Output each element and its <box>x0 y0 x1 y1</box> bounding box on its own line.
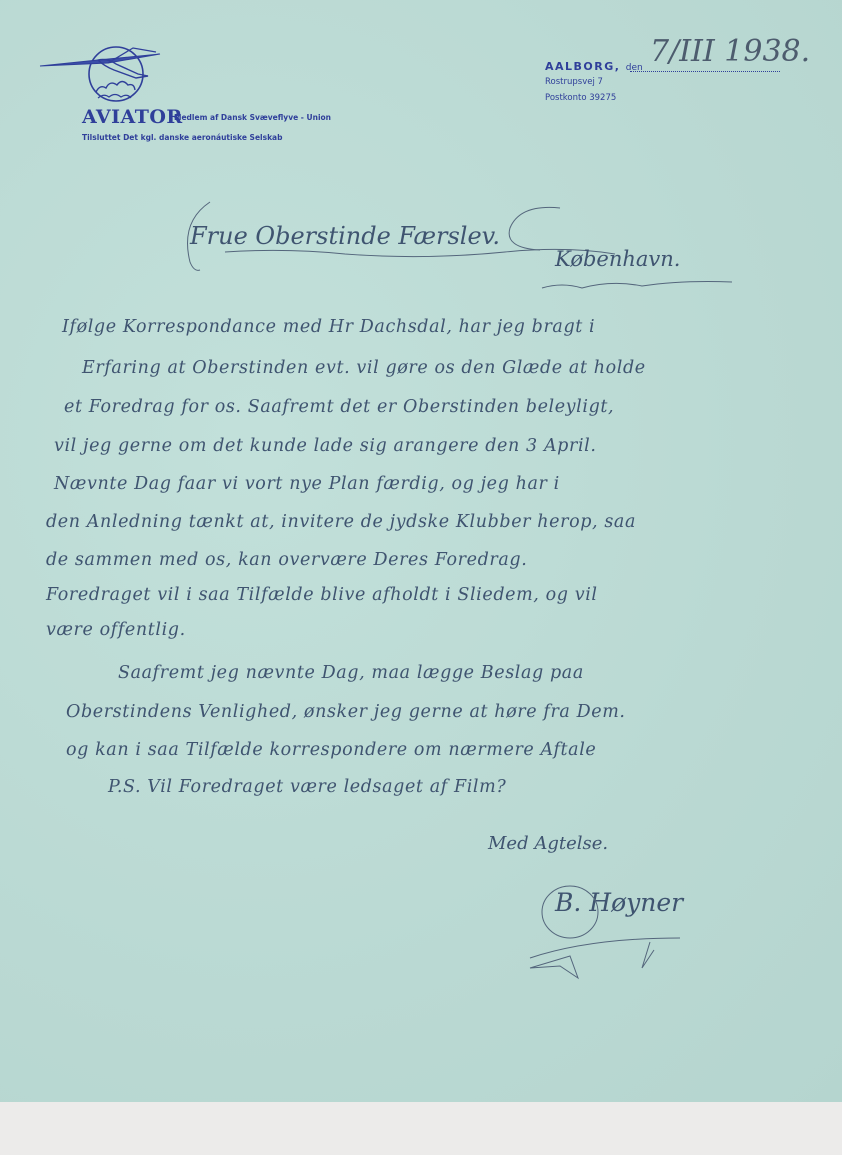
body-line: Ifølge Korrespondance med Hr Dachsdal, h… <box>62 317 595 337</box>
body-line: være offentlig. <box>46 620 186 640</box>
postkonto-number: Postkonto 39275 <box>545 93 616 103</box>
brand-name: AVIATOR <box>82 106 183 128</box>
body-line: den Anledning tænkt at, invitere de jyds… <box>46 512 636 532</box>
body-line: Nævnte Dag faar vi vort nye Plan færdig,… <box>54 474 560 494</box>
body-line: vil jeg gerne om det kunde lade sig aran… <box>54 436 597 456</box>
signature-flourish <box>510 870 710 980</box>
letter-paper: AVIATOR Medlem af Dansk Svæveflyve - Uni… <box>0 0 842 1102</box>
city-name: AALBORG, <box>545 60 620 73</box>
signature: B. Høyner <box>555 888 683 917</box>
body-line: og kan i saa Tilfælde korrespondere om n… <box>66 740 596 760</box>
body-line: Oberstindens Venlighed, ønsker jeg gerne… <box>66 702 626 722</box>
body-line: Saafremt jeg nævnte Dag, maa lægge Besla… <box>118 663 584 683</box>
date-dotted-line <box>630 71 780 72</box>
postscript: P.S. Vil Foredraget være ledsaget af Fil… <box>108 777 506 797</box>
city-underline <box>540 278 760 294</box>
membership-line: Medlem af Dansk Svæveflyve - Union <box>174 113 331 122</box>
letterhead-city: AALBORG, den <box>545 60 643 73</box>
recipient-name: Frue Oberstinde Færslev. <box>190 222 500 250</box>
affiliation-line: Tilsluttet Det kgl. danske aeronáutiske … <box>82 133 282 142</box>
body-line: de sammen med os, kan overvære Deres For… <box>46 550 527 570</box>
handwritten-date: 7/III 1938. <box>650 34 810 69</box>
body-line: Foredraget vil i saa Tilfælde blive afho… <box>46 585 598 605</box>
street-address: Rostrupsvej 7 <box>545 77 603 87</box>
body-line: Erfaring at Oberstinden evt. vil gøre os… <box>82 358 646 378</box>
glider-over-clouds-icon <box>38 40 173 108</box>
recipient-city: København. <box>555 247 680 271</box>
closing: Med Agtelse. <box>488 833 608 854</box>
body-line: et Foredrag for os. Saafremt det er Ober… <box>64 397 614 417</box>
